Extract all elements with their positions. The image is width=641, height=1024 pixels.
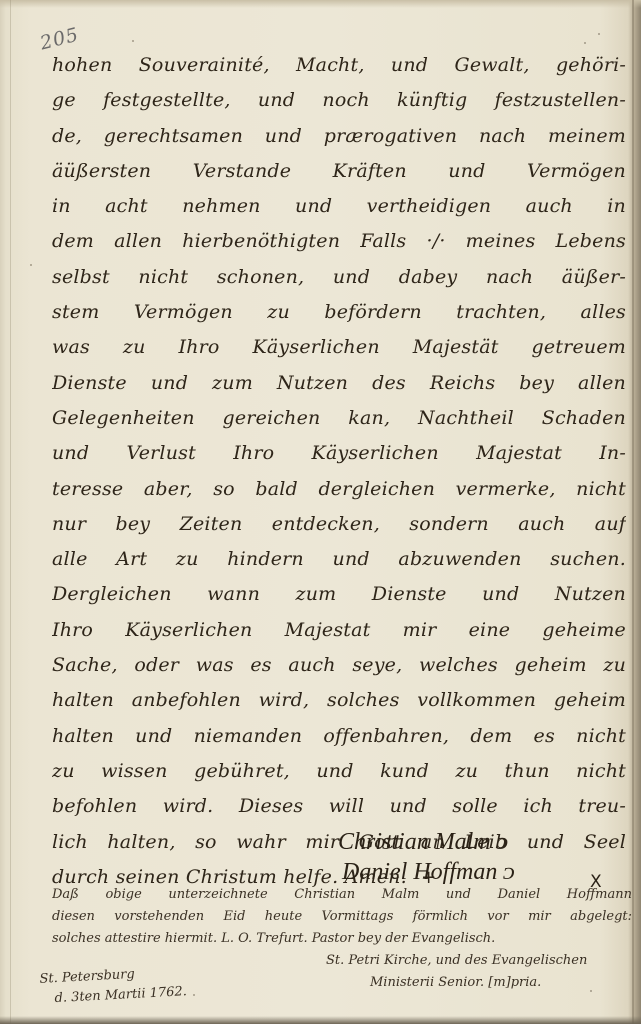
body-line: Sache, oder was es auch seye, welches ge… bbox=[52, 648, 626, 683]
attestation-line: Daß obige unterzeichnete Christian Malm … bbox=[52, 884, 632, 906]
signature-text: Daniel Hoffman bbox=[342, 859, 497, 885]
oath-body-text: hohen Souverainité, Macht, und Gewalt, g… bbox=[52, 48, 626, 895]
signature-text: Christian Malm bbox=[338, 829, 491, 855]
place-date-block: St. Petersburg d. 3ten Martii 1762. bbox=[39, 962, 187, 1010]
body-line: und Verlust Ihro Käyserlichen Majestat I… bbox=[52, 436, 626, 471]
paper-speck bbox=[584, 42, 586, 44]
paper-speck bbox=[30, 264, 32, 266]
pastor-title-line: Ministerii Senior. [m]pria. bbox=[370, 972, 587, 994]
body-line: Ihro Käyserlichen Majestat mir eine gehe… bbox=[52, 613, 626, 648]
signature-block: Christian Malm ᴐ Daniel Hoffman ᴐ bbox=[338, 827, 515, 887]
binding-fold-line bbox=[10, 0, 11, 1024]
body-line: dem allen hierbenöthigten Falls ·/· mein… bbox=[52, 224, 626, 259]
body-line: Dergleichen wann zum Dienste und Nutzen bbox=[52, 577, 626, 612]
body-line: nur bey Zeiten entdecken, sondern auch a… bbox=[52, 507, 626, 542]
manuscript-page: 205 hohen Souverainité, Macht, und Gewal… bbox=[0, 0, 641, 1024]
paper-speck bbox=[590, 990, 592, 992]
signature-daniel-hoffman: Daniel Hoffman ᴐ bbox=[342, 857, 515, 887]
body-line: teresse aber, so bald dergleichen vermer… bbox=[52, 472, 626, 507]
body-line: in acht nehmen und vertheidigen auch in bbox=[52, 189, 626, 224]
body-line: stem Vermögen zu befördern trachten, all… bbox=[52, 295, 626, 330]
page-right-edge bbox=[632, 0, 634, 1024]
body-line: zu wissen gebühret, und kund zu thun nic… bbox=[52, 754, 626, 789]
body-line: befohlen wird. Dieses will und solle ich… bbox=[52, 789, 626, 824]
flourish-icon: ᴐ bbox=[497, 829, 508, 855]
attestation-line: diesen vorstehenden Eid heute Vormittags… bbox=[52, 906, 632, 928]
body-line: Gelegenheiten gereichen kan, Nachtheil S… bbox=[52, 401, 626, 436]
body-line: ge festgestellte, und noch künftig festz… bbox=[52, 83, 626, 118]
body-line: alle Art zu hindern und abzuwenden suche… bbox=[52, 542, 626, 577]
paper-speck bbox=[598, 33, 600, 35]
paper-speck bbox=[132, 40, 134, 42]
body-line: selbst nicht schonen, und dabey nach äüß… bbox=[52, 260, 626, 295]
attestation-line: solches attestire hiermit. L. O. Trefurt… bbox=[52, 928, 632, 950]
paper-speck bbox=[193, 994, 195, 996]
body-line: de, gerechtsamen und prærogativen nach m… bbox=[52, 119, 626, 154]
signature-christian-malm: Christian Malm ᴐ bbox=[338, 827, 515, 857]
pastor-title-line: St. Petri Kirche, und des Evangelischen bbox=[326, 950, 587, 972]
body-line: halten anbefohlen wird, solches vollkomm… bbox=[52, 683, 626, 718]
body-line: Dienste und zum Nutzen des Reichs bey al… bbox=[52, 366, 626, 401]
body-line: halten und niemanden offenbahren, dem es… bbox=[52, 719, 626, 754]
body-line: äüßersten Verstande Kräften und Vermögen bbox=[52, 154, 626, 189]
attestation-block: Daß obige unterzeichnete Christian Malm … bbox=[52, 884, 632, 950]
flourish-icon: ᴐ bbox=[503, 859, 514, 885]
body-line: was zu Ihro Käyserlichen Majestät getreu… bbox=[52, 330, 626, 365]
body-line: hohen Souverainité, Macht, und Gewalt, g… bbox=[52, 48, 626, 83]
pastor-title-block: St. Petri Kirche, und des Evangelischen … bbox=[326, 950, 587, 994]
